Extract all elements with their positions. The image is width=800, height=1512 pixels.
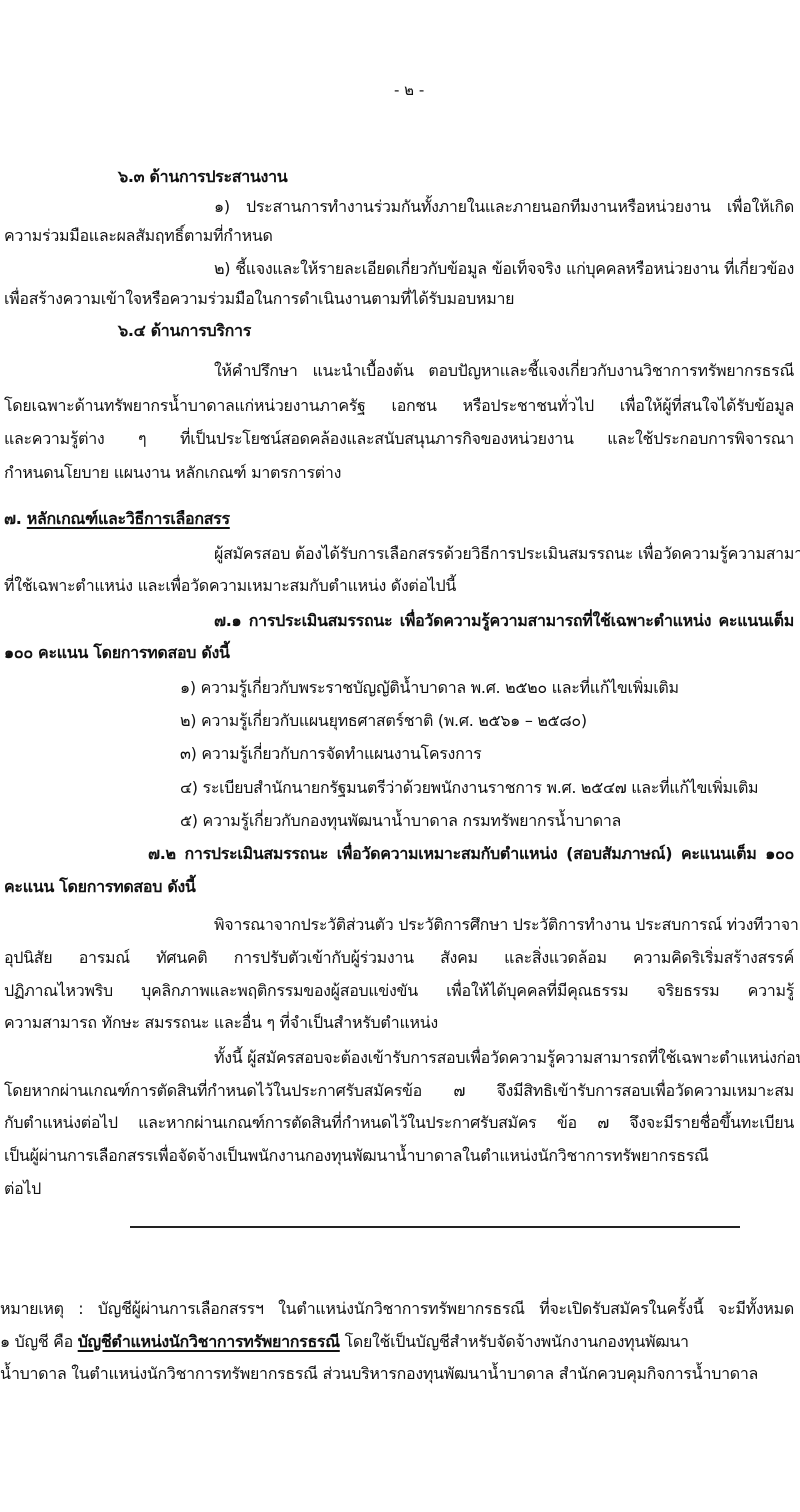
section-6-4-line4: กำหนดนโยบาย แผนงาน หลักเกณฑ์ มาตรการต่าง: [4, 462, 341, 484]
section-6-3-item2-line1: ๒) ชี้แจงและให้รายละเอียดเกี่ยวกับข้อมูล…: [214, 258, 794, 280]
section-7-2-line2: คะแนน โดยการทดสอบ ดังนี้: [4, 876, 196, 898]
section-7-1-item: ๑) ความรู้เกี่ยวกับพระราชบัญญัติน้ำบาดาล…: [180, 677, 679, 699]
section-7-title: หลักเกณฑ์และวิธีการเลือกสรร: [27, 509, 230, 528]
section-7-number: ๗.: [4, 509, 22, 528]
section-7-intro-line2: ที่ใช้เฉพาะตำแหน่ง และเพื่อวัดความเหมาะส…: [4, 575, 456, 597]
section-7-2-body-line: ความสามารถ ทักษะ สมรรถนะ และอื่น ๆ ที่จำ…: [4, 1012, 438, 1034]
section-7-2-body-line: ปฏิภาณไหวพริบ บุคลิกภาพและพฤติกรรมของผู้…: [4, 980, 794, 1002]
document-page: - ๒ - ๖.๓ ด้านการประสานงาน ๑) ประสานการท…: [0, 0, 800, 1512]
section-7-heading: ๗. หลักเกณฑ์และวิธีการเลือกสรร: [4, 508, 230, 530]
section-6-3-heading: ๖.๓ ด้านการประสานงาน: [118, 166, 287, 188]
section-7-1-item: ๔) ระเบียบสำนักนายกรัฐมนตรีว่าด้วยพนักงา…: [180, 777, 758, 799]
note-line2-prefix: ๑ บัญชี คือ: [0, 1332, 78, 1351]
section-6-4-line3: และความรู้ต่าง ๆ ที่เป็นประโยชน์สอดคล้อง…: [4, 428, 794, 450]
note-account-name: บัญชีตำแหน่งนักวิชาการทรัพยากรธรณี: [78, 1332, 340, 1351]
section-7-closing-line: ต่อไป: [4, 1178, 41, 1200]
section-6-3-item1-line2: ความร่วมมือและผลสัมฤทธิ์ตามที่กำหนด: [4, 225, 273, 247]
section-7-1-item: ๕) ความรู้เกี่ยวกับกองทุนพัฒนาน้ำบาดาล ก…: [180, 810, 621, 832]
section-7-closing-line: เป็นผู้ผ่านการเลือกสรรเพื่อจัดจ้างเป็นพน…: [4, 1145, 794, 1167]
section-7-1-item: ๒) ความรู้เกี่ยวกับแผนยุทธศาสตร์ชาติ (พ.…: [180, 710, 587, 732]
section-7-closing-line: กับตำแหน่งต่อไป และหากผ่านเกณฑ์การตัดสิน…: [4, 1112, 794, 1134]
section-7-1-line1: ๗.๑ การประเมินสมรรถนะ เพื่อวัดความรู้ควา…: [214, 610, 794, 632]
note-line3: น้ำบาดาล ในตำแหน่งนักวิชาการทรัพยากรธรณี…: [0, 1363, 758, 1385]
note-line2-suffix: โดยใช้เป็นบัญชีสำหรับจัดจ้างพนักงานกองทุ…: [340, 1332, 689, 1351]
section-7-2-body-line: อุปนิสัย อารมณ์ ทัศนคติ การปรับตัวเข้ากั…: [4, 947, 794, 969]
section-6-4-line1: ให้คำปรึกษา แนะนำเบื้องต้น ตอบปัญหาและชี…: [214, 360, 794, 382]
note-line1: หมายเหตุ : บัญชีผู้ผ่านการเลือกสรรฯ ในตำ…: [0, 1298, 794, 1320]
section-7-2-body-line: พิจารณาจากประวัติส่วนตัว ประวัติการศึกษา…: [214, 914, 794, 936]
section-7-closing-line: โดยหากผ่านเกณฑ์การตัดสินที่กำหนดไว้ในประ…: [4, 1080, 794, 1102]
section-6-3-item2-line2: เพื่อสร้างความเข้าใจหรือความร่วมมือในการ…: [4, 288, 514, 310]
section-6-4-heading: ๖.๔ ด้านการบริการ: [118, 320, 251, 342]
section-7-1-item: ๓) ความรู้เกี่ยวกับการจัดทำแผนงานโครงการ: [180, 743, 481, 765]
section-7-2-line1: ๗.๒ การประเมินสมรรถนะ เพื่อวัดความเหมาะส…: [148, 843, 794, 865]
section-7-1-line2: ๑๐๐ คะแนน โดยการทดสอบ ดังนี้: [4, 642, 230, 664]
page-number: - ๒ -: [394, 78, 424, 102]
section-6-3-item1-line1: ๑) ประสานการทำงานร่วมกันทั้งภายในและภายน…: [214, 196, 794, 218]
section-7-intro-line1: ผู้สมัครสอบ ต้องได้รับการเลือกสรรด้วยวิธ…: [214, 543, 794, 565]
note-line2: ๑ บัญชี คือ บัญชีตำแหน่งนักวิชาการทรัพยา…: [0, 1331, 794, 1353]
section-6-4-line2: โดยเฉพาะด้านทรัพยากรน้ำบาดาลแก่หน่วยงานภ…: [4, 395, 794, 417]
section-7-closing-line: ทั้งนี้ ผู้สมัครสอบจะต้องเข้ารับการสอบเพ…: [214, 1047, 794, 1069]
separator-rule: [130, 1226, 740, 1228]
